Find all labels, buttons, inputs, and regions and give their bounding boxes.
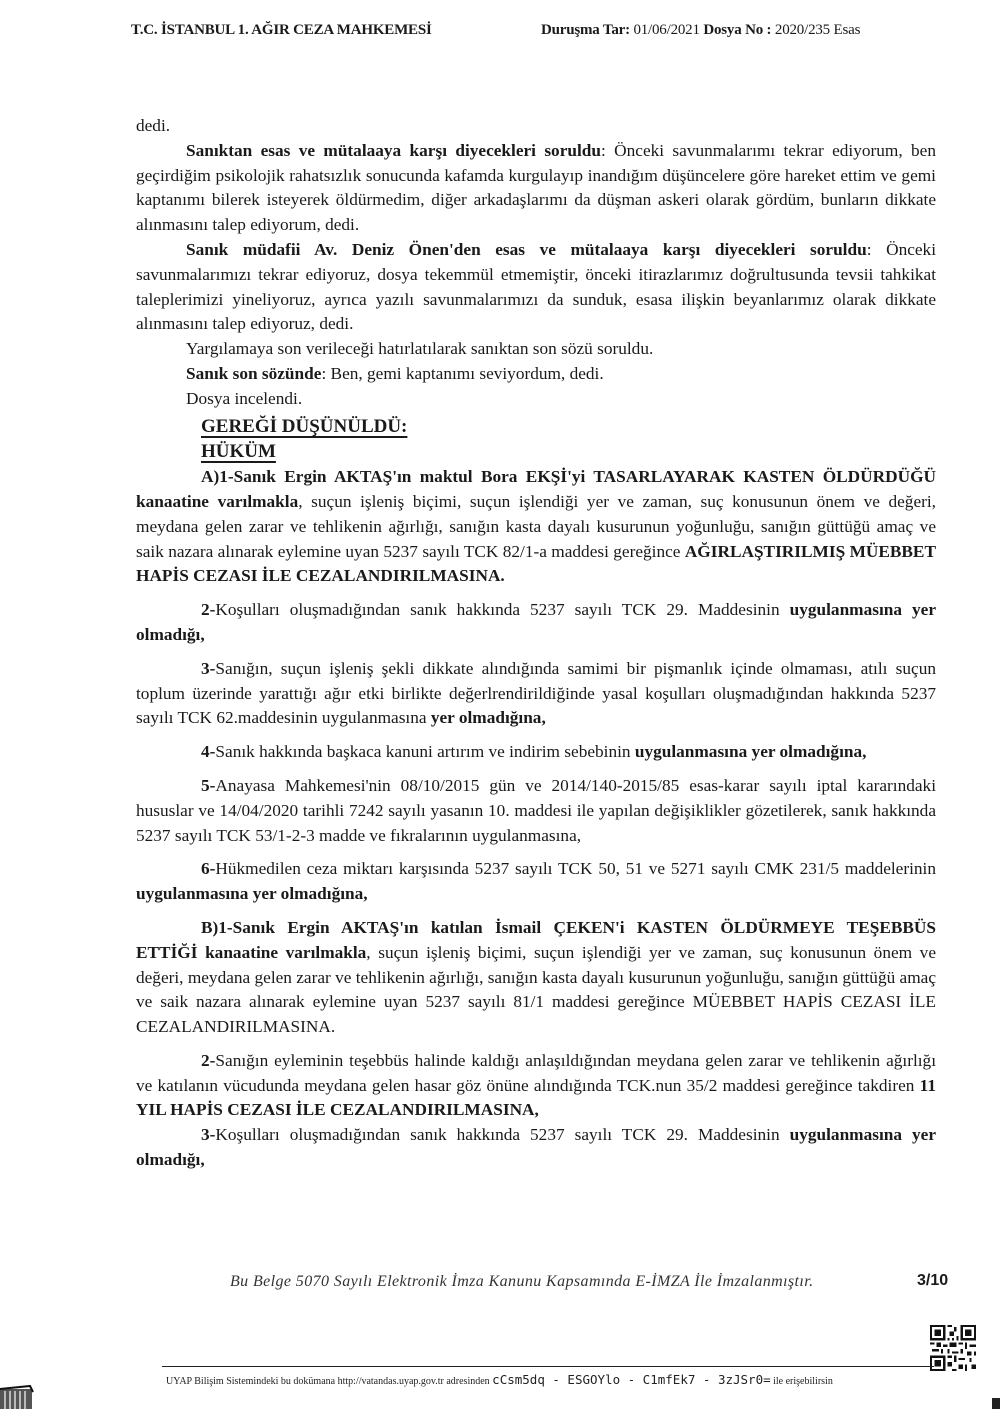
hearing-date-label: Duruşma Tar: (541, 22, 630, 38)
binder-clip-icon (0, 1383, 34, 1409)
label: Sanık müdafii Av. Deniz Önen'den esas ve… (186, 240, 867, 259)
verdict-a6: 6-Hükmedilen ceza miktarı karşısında 523… (136, 857, 936, 907)
paragraph-counsel-statement: Sanık müdafii Av. Deniz Önen'den esas ve… (136, 238, 936, 337)
paragraph: Yargılamaya son verileceği hatırlatılara… (136, 337, 936, 362)
paragraph-defendant-statement: Sanıktan esas ve mütalaaya karşı diyecek… (136, 139, 936, 238)
case-info: Duruşma Tar: 01/06/2021 Dosya No : 2020/… (541, 22, 860, 39)
court-name: T.C. İSTANBUL 1. AĞIR CEZA MAHKEMESİ (131, 22, 432, 39)
e-signature-note: Bu Belge 5070 Sayılı Elektronik İmza Kan… (230, 1273, 814, 1291)
heading-considered: GEREĞİ DÜŞÜNÜLDÜ: (136, 414, 936, 440)
text: Koşulları oluşmadığından sanık hakkında … (215, 600, 789, 619)
text: Koşulları oluşmadığından sanık hakkında … (215, 1125, 789, 1144)
bold: yer olmadığına, (431, 708, 546, 727)
qr-code-icon (930, 1325, 976, 1371)
document-body: dedi. Sanıktan esas ve mütalaaya karşı d… (136, 114, 936, 1173)
access-code: cCsm5dq - ESGOYlo - C1mfEk7 - 3zJSr0= (492, 1372, 770, 1387)
file-no: 2020/235 Esas (775, 22, 860, 38)
paragraph-last-word: Sanık son sözünde: Ben, gemi kaptanımı s… (136, 362, 936, 387)
heading: HÜKÜM (201, 441, 276, 462)
text: : Ben, gemi kaptanımı seviyordum, dedi. (321, 364, 603, 383)
text: Hükmedilen ceza miktarı karşısında 5237 … (215, 859, 936, 878)
uyap-access-info: UYAP Bilişim Sistemindeki bu dokümana ht… (166, 1372, 833, 1387)
verdict-b3: 3-Koşulları oluşmadığından sanık hakkınd… (136, 1123, 936, 1173)
text: Anayasa Mahkemesi'nin 08/10/2015 gün ve … (136, 776, 936, 845)
num: 5- (201, 776, 215, 795)
verdict-b2: 2-Sanığın eyleminin teşebbüs halinde kal… (136, 1049, 936, 1123)
scan-corner-mark (992, 1398, 1000, 1409)
num: 3- (201, 1125, 215, 1144)
num: 3- (201, 659, 215, 678)
page-number: 3/10 (917, 1272, 948, 1290)
label: Sanıktan esas ve mütalaaya karşı diyecek… (186, 141, 601, 160)
verdict-a1: A)1-Sanık Ergin AKTAŞ'ın maktul Bora EKŞ… (136, 465, 936, 589)
num: 2- (201, 1051, 215, 1070)
paragraph: dedi. (136, 114, 936, 139)
verdict-a4: 4-Sanık hakkında başkaca kanuni artırım … (136, 740, 936, 765)
num: 4- (201, 742, 215, 761)
heading: GEREĞİ DÜŞÜNÜLDÜ: (201, 416, 407, 437)
verdict-a2: 2-Koşulları oluşmadığından sanık hakkınd… (136, 598, 936, 648)
verdict-b1: B)1-Sanık Ergin AKTAŞ'ın katılan İsmail … (136, 916, 936, 1040)
verdict-a3: 3-Sanığın, suçun işleniş şekli dikkate a… (136, 657, 936, 731)
heading-verdict: HÜKÜM (136, 439, 936, 465)
text: Sanığın eyleminin teşebbüs halinde kaldı… (136, 1051, 936, 1095)
footer-divider (162, 1366, 934, 1367)
text: Sanık hakkında başkaca kanuni artırım ve… (215, 742, 634, 761)
bold: uygulanmasına yer olmadığına, (136, 884, 368, 903)
uyap-suffix: ile erişebilirsin (773, 1376, 833, 1387)
label: Sanık son sözünde (186, 364, 321, 383)
hearing-date: 01/06/2021 (633, 22, 699, 38)
verdict-a5: 5-Anayasa Mahkemesi'nin 08/10/2015 gün v… (136, 774, 936, 848)
file-no-label: Dosya No : (703, 22, 771, 38)
bold: uygulanmasına yer olmadığına, (635, 742, 867, 761)
uyap-prefix: UYAP Bilişim Sistemindeki bu dokümana ht… (166, 1376, 490, 1387)
paragraph: Dosya incelendi. (136, 387, 936, 412)
num: 2- (201, 600, 215, 619)
num: 6- (201, 859, 215, 878)
